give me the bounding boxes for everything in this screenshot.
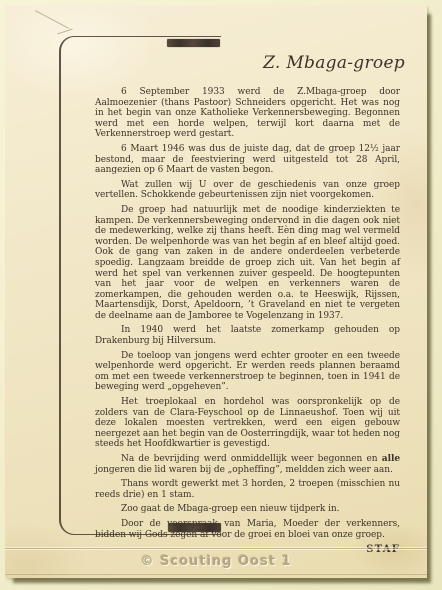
paragraph: De groep had natuurlijk met de noodige k…: [95, 205, 400, 322]
paragraph: 6 September 1933 werd de Z.Mbaga-groep d…: [95, 87, 400, 140]
paragraph: Wat zullen wij U over de geschiedenis va…: [95, 180, 400, 201]
tape-mark-top: [167, 39, 220, 47]
paragraphs: 6 September 1933 werd de Z.Mbaga-groep d…: [95, 87, 400, 540]
paper-scratch: [57, 29, 73, 35]
paper-sheet: Z. Mbaga-groep 6 September 1933 werd de …: [5, 5, 427, 578]
paper-scratch: [35, 10, 69, 29]
paragraph: De toeloop van jongens werd echter groot…: [95, 351, 400, 393]
paragraph: Het troeplokaal en hordehol was oorspron…: [95, 397, 400, 450]
paragraph: Door de voorspraak van Maria, Moeder der…: [95, 519, 400, 540]
paragraph: Zoo gaat de Mbaga-groep een nieuw tijdpe…: [95, 504, 400, 515]
watermark-text: © Scouting Oost 1: [140, 554, 291, 569]
paragraph: Na de bevrijding werd onmiddellijk weer …: [95, 454, 400, 475]
paragraph: Thans wordt gewerkt met 3 horden, 2 troe…: [95, 479, 400, 500]
page-title: Z. Mbaga-groep: [263, 53, 405, 73]
watermark-band: © Scouting Oost 1: [5, 548, 427, 575]
paragraph: 6 Maart 1946 was dus de juiste dag, dat …: [95, 144, 400, 176]
paragraph: In 1940 werd het laatste zomerkamp gehou…: [95, 325, 400, 346]
document-body: 6 September 1933 werd de Z.Mbaga-groep d…: [95, 87, 400, 556]
scanned-document-page: Z. Mbaga-groep 6 September 1933 werd de …: [0, 0, 442, 590]
